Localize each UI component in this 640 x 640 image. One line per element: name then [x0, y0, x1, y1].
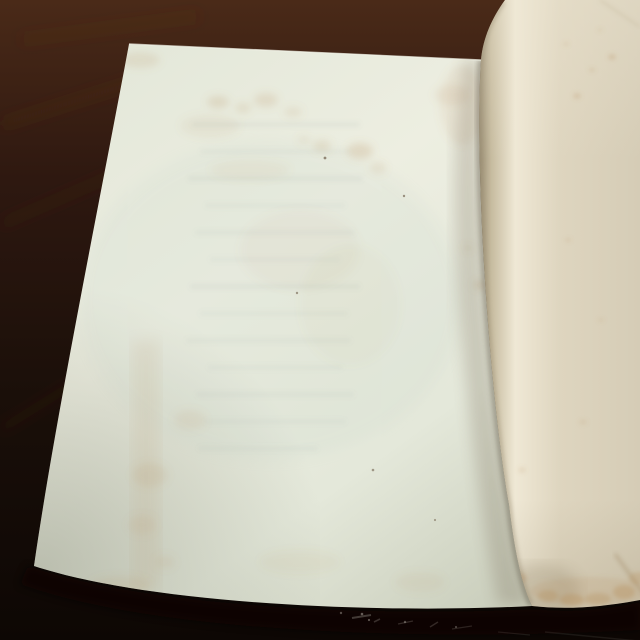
book-photo: [0, 0, 640, 640]
vertical-stain-band: [132, 340, 160, 590]
